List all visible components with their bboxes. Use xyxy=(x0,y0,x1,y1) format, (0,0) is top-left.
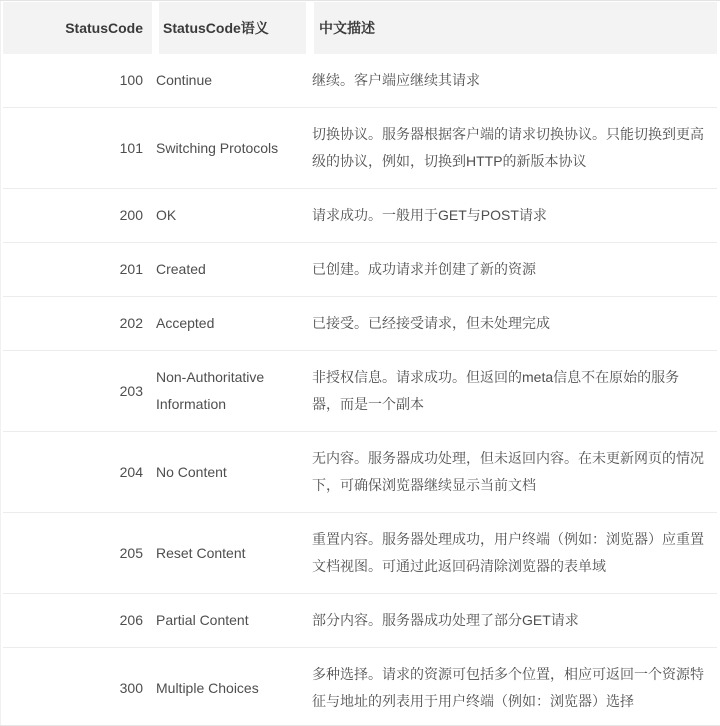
semantics-cell: OK xyxy=(152,189,306,243)
status-code-cell: 203 xyxy=(3,351,152,432)
table-row: 203Non-Authoritative Information非授权信息。请求… xyxy=(3,351,717,432)
semantics-cell: Created xyxy=(152,243,306,297)
semantics-cell: Non-Authoritative Information xyxy=(152,351,306,432)
table-row: 200OK请求成功。一般用于GET与POST请求 xyxy=(3,189,717,243)
left-edge-divider xyxy=(0,1,1,726)
description-cell: 继续。客户端应继续其请求 xyxy=(306,54,717,108)
table-row: 204No Content无内容。服务器成功处理，但未返回内容。在未更新网页的情… xyxy=(3,432,717,513)
table-row: 100Continue继续。客户端应继续其请求 xyxy=(3,54,717,108)
description-cell: 切换协议。服务器根据客户端的请求切换协议。只能切换到更高级的协议，例如，切换到H… xyxy=(306,108,717,189)
status-code-cell: 100 xyxy=(3,54,152,108)
semantics-cell: Reset Content xyxy=(152,513,306,594)
table-row: 201Created已创建。成功请求并创建了新的资源 xyxy=(3,243,717,297)
table-body: 100Continue继续。客户端应继续其请求101Switching Prot… xyxy=(3,54,717,726)
description-cell: 多种选择。请求的资源可包括多个位置，相应可返回一个资源特征与地址的列表用于用户终… xyxy=(306,648,717,726)
status-code-cell: 204 xyxy=(3,432,152,513)
column-header-statuscode: StatusCode xyxy=(3,2,152,54)
description-cell: 重置内容。服务器处理成功，用户终端（例如：浏览器）应重置文档视图。可通过此返回码… xyxy=(306,513,717,594)
status-code-cell: 202 xyxy=(3,297,152,351)
semantics-cell: Continue xyxy=(152,54,306,108)
http-status-code-table: StatusCode StatusCode语义 中文描述 100Continue… xyxy=(3,2,717,726)
status-code-cell: 206 xyxy=(3,594,152,648)
status-code-cell: 300 xyxy=(3,648,152,726)
description-cell: 部分内容。服务器成功处理了部分GET请求 xyxy=(306,594,717,648)
status-code-cell: 201 xyxy=(3,243,152,297)
description-cell: 无内容。服务器成功处理，但未返回内容。在未更新网页的情况下，可确保浏览器继续显示… xyxy=(306,432,717,513)
table-row: 101Switching Protocols切换协议。服务器根据客户端的请求切换… xyxy=(3,108,717,189)
description-cell: 请求成功。一般用于GET与POST请求 xyxy=(306,189,717,243)
http-status-code-page: StatusCode StatusCode语义 中文描述 100Continue… xyxy=(0,0,720,726)
status-code-cell: 200 xyxy=(3,189,152,243)
description-cell: 已接受。已经接受请求，但未处理完成 xyxy=(306,297,717,351)
table-row: 206Partial Content部分内容。服务器成功处理了部分GET请求 xyxy=(3,594,717,648)
header-row: StatusCode StatusCode语义 中文描述 xyxy=(3,2,717,54)
column-header-description: 中文描述 xyxy=(306,2,717,54)
semantics-cell: Partial Content xyxy=(152,594,306,648)
table-row: 202Accepted已接受。已经接受请求，但未处理完成 xyxy=(3,297,717,351)
semantics-cell: Switching Protocols xyxy=(152,108,306,189)
column-header-semantics: StatusCode语义 xyxy=(152,2,306,54)
semantics-cell: No Content xyxy=(152,432,306,513)
semantics-cell: Multiple Choices xyxy=(152,648,306,726)
description-cell: 已创建。成功请求并创建了新的资源 xyxy=(306,243,717,297)
description-cell: 非授权信息。请求成功。但返回的meta信息不在原始的服务器，而是一个副本 xyxy=(306,351,717,432)
status-code-cell: 205 xyxy=(3,513,152,594)
table-row: 300Multiple Choices多种选择。请求的资源可包括多个位置，相应可… xyxy=(3,648,717,726)
status-code-cell: 101 xyxy=(3,108,152,189)
table-row: 205Reset Content重置内容。服务器处理成功，用户终端（例如：浏览器… xyxy=(3,513,717,594)
semantics-cell: Accepted xyxy=(152,297,306,351)
